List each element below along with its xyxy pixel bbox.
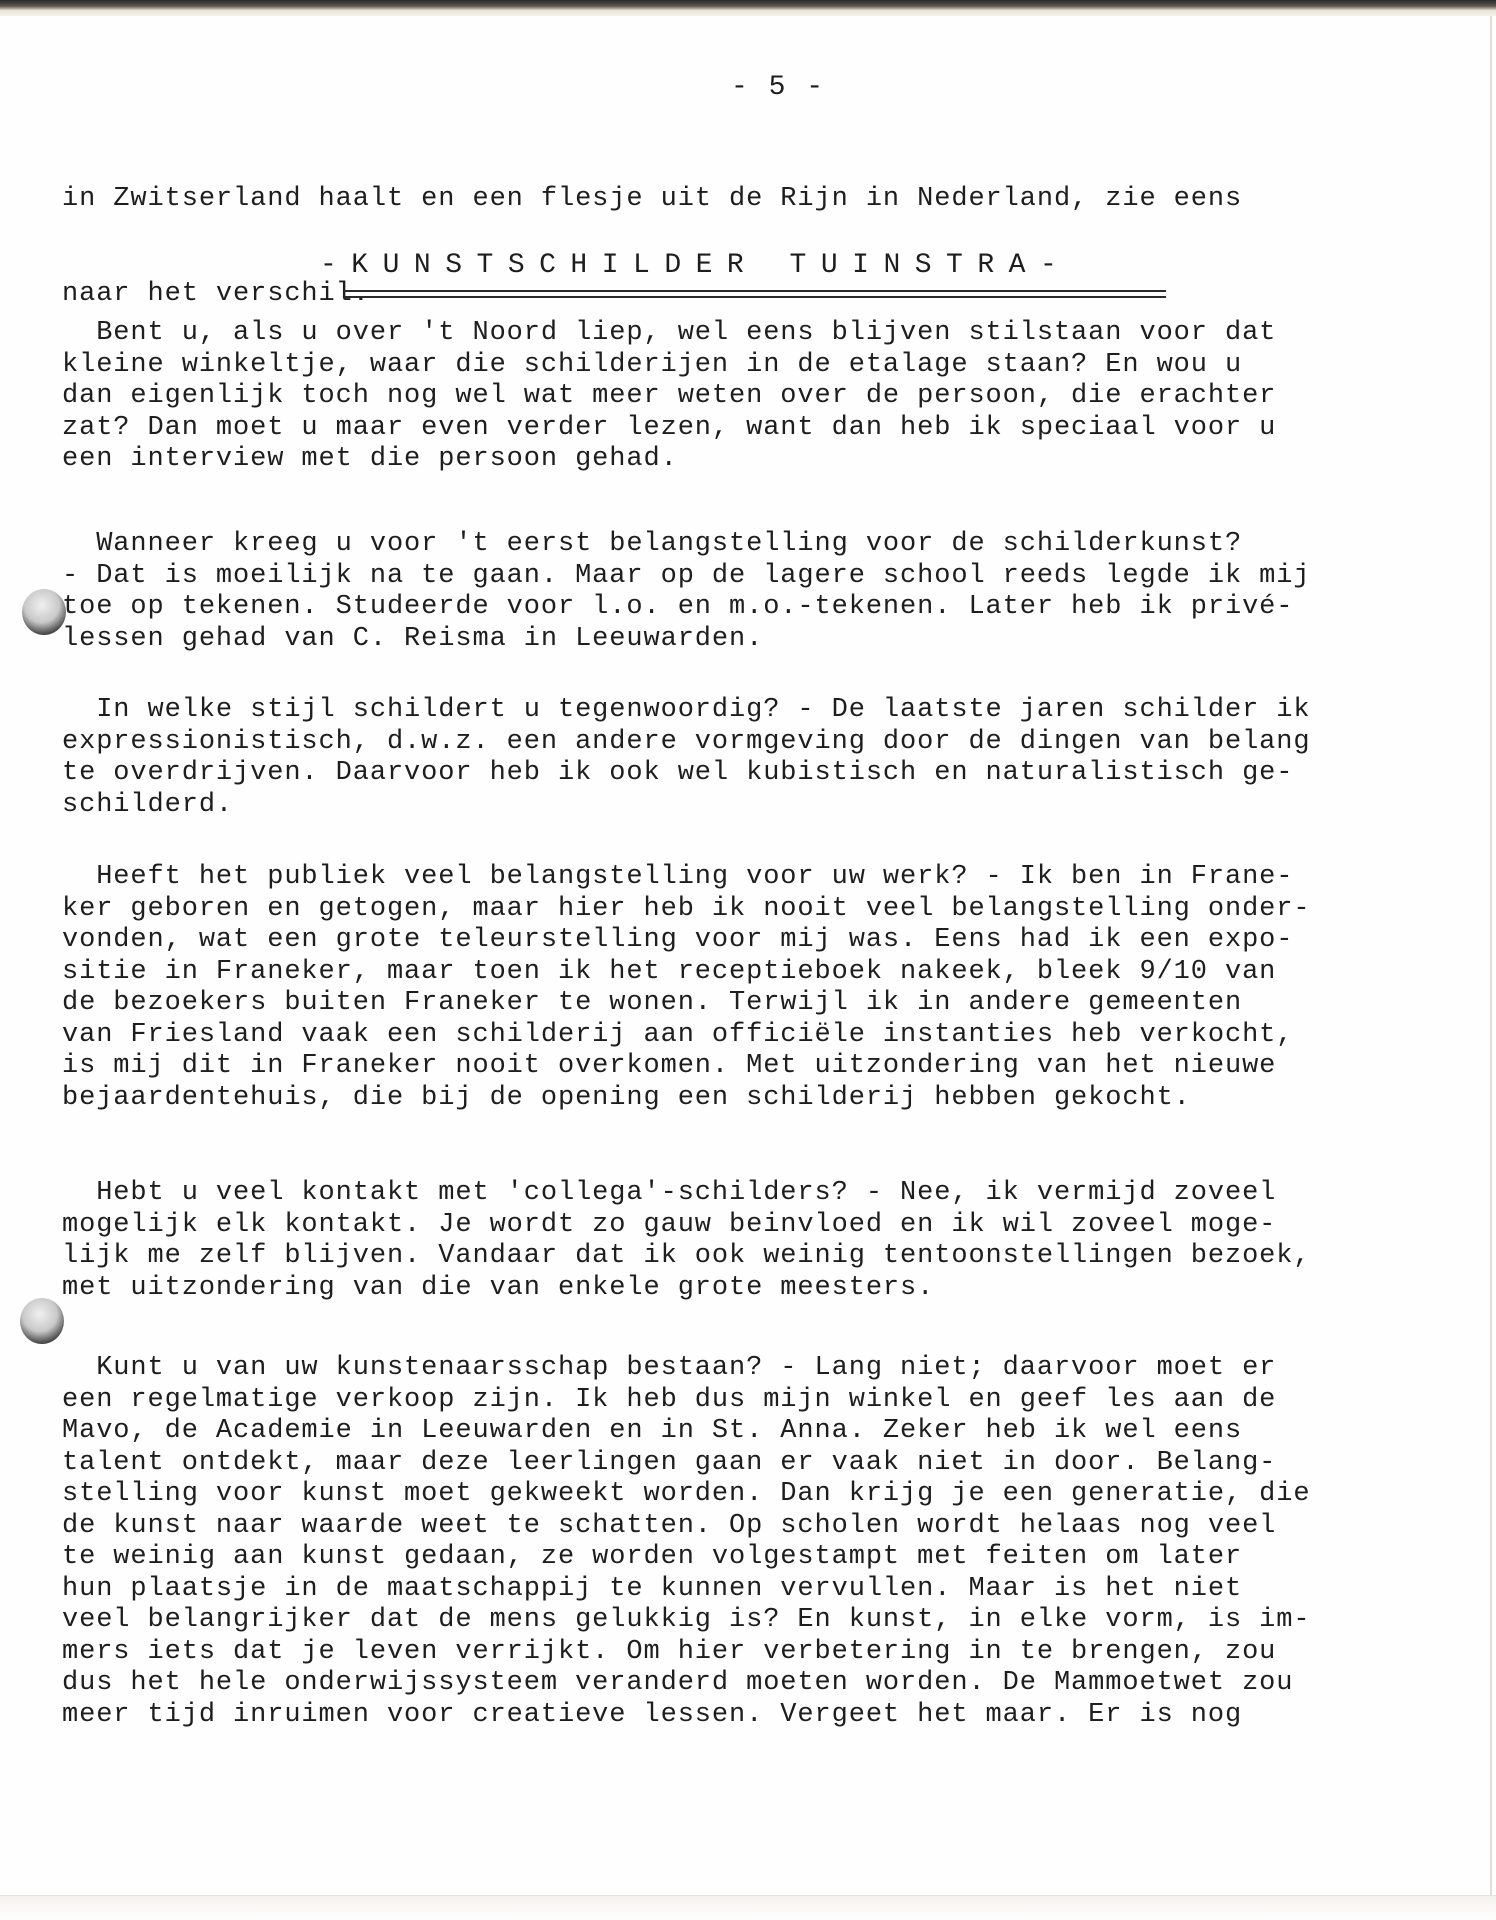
text-line: meer tijd inruimen voor creatieve lessen… — [62, 1700, 1482, 1732]
article-heading: -KUNSTSCHILDER TUINSTRA- — [320, 250, 1180, 281]
punch-hole-icon — [20, 1298, 64, 1344]
text-line: hun plaatsje in de maatschappij te kunne… — [62, 1574, 1482, 1606]
page-number: - 5 - — [0, 72, 1496, 103]
text-line: dus het hele onderwijssysteem veranderd … — [62, 1668, 1482, 1700]
text-line: bejaardentehuis, die bij de opening een … — [62, 1083, 1482, 1115]
text-line: veel belangrijker dat de mens gelukkig i… — [62, 1605, 1482, 1637]
text-line: ker geboren en getogen, maar hier heb ik… — [62, 894, 1482, 926]
text-line: In welke stijl schildert u tegenwoordig?… — [62, 695, 1482, 727]
text-line: een regelmatige verkoop zijn. Ik heb dus… — [62, 1385, 1482, 1417]
text-line: - Dat is moeilijk na te gaan. Maar op de… — [62, 561, 1482, 593]
paragraph-interest: Wanneer kreeg u voor 't eerst belangstel… — [62, 529, 1482, 655]
text-line: expressionistisch, d.w.z. een andere vor… — [62, 727, 1482, 759]
text-line: met uitzondering van die van enkele grot… — [62, 1273, 1482, 1305]
paragraph-livelihood: Kunt u van uw kunstenaarsschap bestaan? … — [62, 1353, 1482, 1731]
text-line: Heeft het publiek veel belangstelling vo… — [62, 862, 1482, 894]
paragraph-colleagues: Hebt u veel kontakt met 'collega'-schild… — [62, 1178, 1482, 1304]
text-line: schilderd. — [62, 790, 1482, 822]
paragraph-intro-question: Bent u, als u over 't Noord liep, wel ee… — [62, 318, 1482, 476]
text-line: Hebt u veel kontakt met 'collega'-schild… — [62, 1178, 1482, 1210]
text-line: talent ontdekt, maar deze leerlingen gaa… — [62, 1448, 1482, 1480]
text-line: vonden, wat een grote teleurstelling voo… — [62, 925, 1482, 957]
text-line: de bezoekers buiten Franeker te wonen. T… — [62, 988, 1482, 1020]
heading-underline — [344, 296, 1166, 298]
text-line: te overdrijven. Daarvoor heb ik ook wel … — [62, 758, 1482, 790]
text-line: mers iets dat je leven verrijkt. Om hier… — [62, 1637, 1482, 1669]
text-line: Wanneer kreeg u voor 't eerst belangstel… — [62, 529, 1482, 561]
paragraph-style: In welke stijl schildert u tegenwoordig?… — [62, 695, 1482, 821]
text-line: sitie in Franeker, maar toen ik het rece… — [62, 957, 1482, 989]
text-line: is mij dit in Franeker nooit overkomen. … — [62, 1051, 1482, 1083]
text-line: zat? Dan moet u maar even verder lezen, … — [62, 413, 1482, 445]
text-line: in Zwitserland haalt en een flesje uit d… — [62, 184, 1482, 216]
text-line: mogelijk elk kontakt. Je wordt zo gauw b… — [62, 1210, 1482, 1242]
text-line: toe op tekenen. Studeerde voor l.o. en m… — [62, 592, 1482, 624]
scanner-bottom-edge — [0, 1895, 1496, 1920]
text-line: lijk me zelf blijven. Vandaar dat ik ook… — [62, 1241, 1482, 1273]
punch-hole-icon — [22, 589, 66, 635]
text-line: van Friesland vaak een schilderij aan of… — [62, 1020, 1482, 1052]
text-line: naar het verschil. — [62, 279, 1482, 311]
text-line: de kunst naar waarde weet te schatten. O… — [62, 1511, 1482, 1543]
text-line: een interview met die persoon gehad. — [62, 444, 1482, 476]
intro-paragraph: in Zwitserland haalt en een flesje uit d… — [62, 121, 1482, 342]
heading-underline — [344, 290, 1166, 292]
text-line: Bent u, als u over 't Noord liep, wel ee… — [62, 318, 1482, 350]
text-line: stelling voor kunst moet gekweekt worden… — [62, 1479, 1482, 1511]
text-line: lessen gehad van C. Reisma in Leeuwarden… — [62, 624, 1482, 656]
text-line: kleine winkeltje, waar die schilderijen … — [62, 350, 1482, 382]
text-line: dan eigenlijk toch nog wel wat meer wete… — [62, 381, 1482, 413]
text-line: Mavo, de Academie in Leeuwarden en in St… — [62, 1416, 1482, 1448]
text-line: te weinig aan kunst gedaan, ze worden vo… — [62, 1542, 1482, 1574]
scanner-top-edge — [0, 0, 1496, 10]
text-line: Kunt u van uw kunstenaarsschap bestaan? … — [62, 1353, 1482, 1385]
paragraph-public: Heeft het publiek veel belangstelling vo… — [62, 862, 1482, 1114]
